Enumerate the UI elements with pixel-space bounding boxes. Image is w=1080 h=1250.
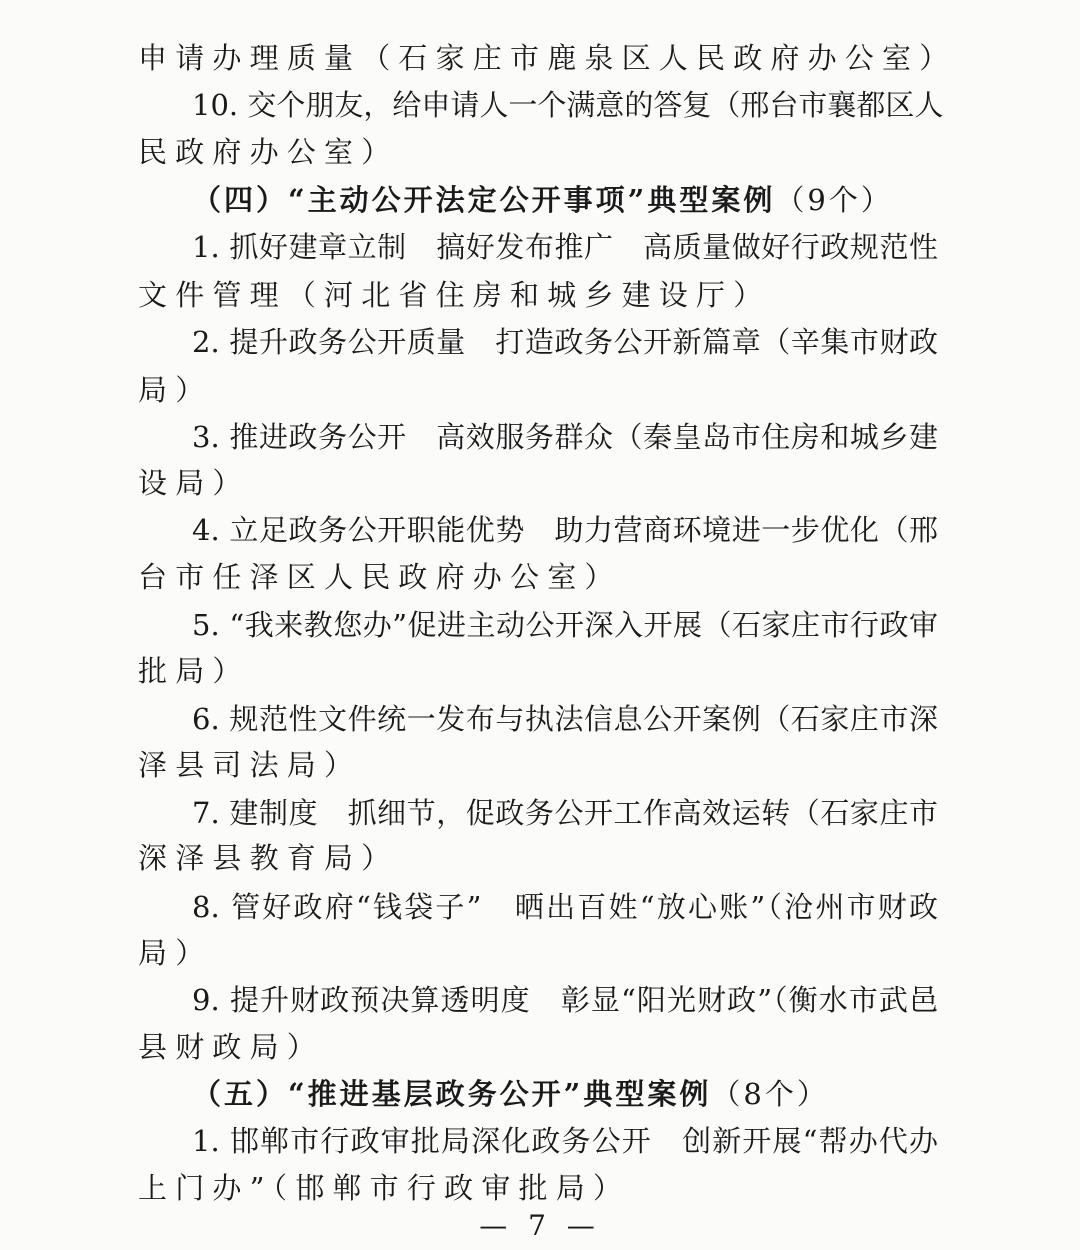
text-line-continuation: 县财政局） — [138, 1025, 938, 1069]
section-heading-count: （8个） — [711, 1077, 828, 1111]
list-item-5: 5. “我来教您办”促进主动公开深入开展（石家庄市行政审 — [192, 603, 938, 647]
list-item-9: 9. 提升财政预决算透明度 彰显“阳光财政”（衡水市武邑 — [192, 978, 938, 1022]
text-line-continuation: 局） — [138, 368, 938, 412]
text-line-continuation: 设局） — [138, 461, 938, 505]
section-heading-5: （五）“推进基层政务公开”典型案例（8个） — [192, 1072, 938, 1116]
text-line-continuation: 批局） — [138, 649, 938, 693]
document-page: 申请办理质量（石家庄市鹿泉区人民政府办公室） 10. 交个朋友，给申请人一个满意… — [0, 0, 1080, 1250]
list-item-7: 7. 建制度 抓细节，促政务公开工作高效运转（石家庄市 — [192, 791, 938, 835]
text-line-continuation: 泽县司法局） — [138, 743, 938, 787]
list-item-1: 1. 抓好建章立制 搞好发布推广 高质量做好行政规范性 — [192, 225, 938, 269]
list-item-2: 2. 提升政务公开质量 打造政务公开新篇章（辛集市财政 — [192, 320, 938, 364]
section-heading-count: （9个） — [775, 183, 892, 217]
text-line-continuation: 上门办”（邯郸市行政审批局） — [138, 1166, 938, 1210]
list-item-1: 1. 邯郸市行政审批局深化政务公开 创新开展“帮办代办 — [192, 1119, 938, 1163]
section-heading-title: （五）“推进基层政务公开”典型案例 — [192, 1077, 711, 1111]
list-item-3: 3. 推进政务公开 高效服务群众（秦皇岛市住房和城乡建 — [192, 415, 938, 459]
list-item-6: 6. 规范性文件统一发布与执法信息公开案例（石家庄市深 — [192, 697, 938, 741]
list-item-10: 10. 交个朋友，给申请人一个满意的答复（邢台市襄都区人 — [192, 83, 938, 127]
text-line-continuation: 民政府办公室） — [138, 130, 938, 174]
text-line-continuation: 台市任泽区人民政府办公室） — [138, 555, 938, 599]
section-heading-title: （四）“主动公开法定公开事项”典型案例 — [192, 183, 775, 217]
list-item-8: 8. 管好政府“钱袋子” 晒出百姓“放心账”（沧州市财政 — [192, 885, 938, 929]
list-item-4: 4. 立足政务公开职能优势 助力营商环境进一步优化（邢 — [192, 508, 938, 552]
text-line-continuation: 局） — [138, 931, 938, 975]
text-line-continuation: 申请办理质量（石家庄市鹿泉区人民政府办公室） — [138, 36, 938, 80]
text-line-continuation: 深泽县教育局） — [138, 836, 938, 880]
text-line-continuation: 文件管理（河北省住房和城乡建设厅） — [138, 273, 938, 317]
section-heading-4: （四）“主动公开法定公开事项”典型案例（9个） — [192, 178, 938, 222]
page-number: — 7 — — [0, 1206, 1080, 1246]
